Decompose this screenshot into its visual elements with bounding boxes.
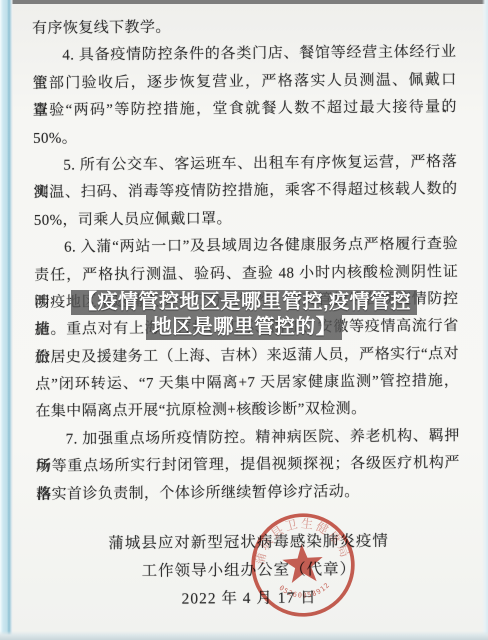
body-line: 查验“两码”等防控措施，堂食就餐人数不超过最大接待量的 — [33, 94, 457, 125]
body-line: 有序恢复线下教学。 — [32, 12, 456, 43]
body-line: 管部门验收后，逐步恢复营业，严格落实人员测温、佩戴口罩、 — [32, 67, 456, 98]
body-line: 7. 加强重点场所疫情防控。精神病医院、养老机构、羁押场 — [36, 423, 460, 454]
body-line: 在集中隔离点开展“抗原检测+核酸诊断”双检测。 — [35, 396, 459, 427]
caption-line-2: 地区是哪里管控的】 — [146, 315, 343, 340]
official-seal: 蒲城县卫生健康局 05260058912 — [246, 508, 359, 621]
body-text-lines: 有序恢复线下教学。4. 具备疫情防控条件的各类门店、餐馆等经营主体经行业主管部门… — [32, 12, 460, 509]
seal-star-icon — [281, 542, 324, 583]
scan-edge-bottom — [0, 631, 488, 640]
body-line: 责任，严格执行测温、验码、查验 48 小时内核酸检测阴性证明， — [34, 259, 458, 290]
screenshot-root: { "colors": { "seal_red": "#c0392b", "ov… — [0, 0, 488, 640]
seal-code: 05260058912 — [277, 580, 332, 601]
caption-line-1: 【疫情管控地区是哪里管控,疫情管控 — [71, 290, 417, 315]
scan-edge-left — [0, 0, 13, 640]
scan-edge-right — [482, 0, 488, 640]
body-line: 所等重点场所实行封闭管理，提倡视频探视；各级医疗机构严格 — [36, 450, 460, 481]
body-line: 旅居史及援建务工（上海、吉林）来返蒲人员，严格实行“点对 — [35, 341, 459, 372]
body-line: 4. 具备疫情防控条件的各类门店、餐馆等经营主体经行业主 — [32, 40, 456, 71]
caption-overlay: 【疫情管控地区是哪里管控,疫情管控 地区是哪里管控的】 — [0, 290, 488, 340]
signature-date: 2022 年 4 月 17 日 — [37, 583, 461, 615]
body-line: 测温、扫码、消毒等疫情防控措施，乘客不得超过核载人数的 — [33, 176, 457, 207]
body-line: 50%，司乘人员应佩戴口罩。 — [34, 204, 458, 235]
body-line: 5. 所有公交车、客运班车、出租车有序恢复运营，严格落实 — [33, 149, 457, 180]
body-line: 6. 入蒲“两站一口”及县域周边各健康服务点严格履行查验 — [34, 231, 458, 262]
body-line: 点”闭环转运、“7 天集中隔离+7 天居家健康监测”管控措施， — [35, 368, 459, 399]
body-line: 落实首诊负责制，个体诊所继续暂停诊疗活动。 — [36, 478, 460, 509]
body-line: 50%。 — [33, 122, 457, 153]
scan-edge-top — [0, 0, 488, 4]
